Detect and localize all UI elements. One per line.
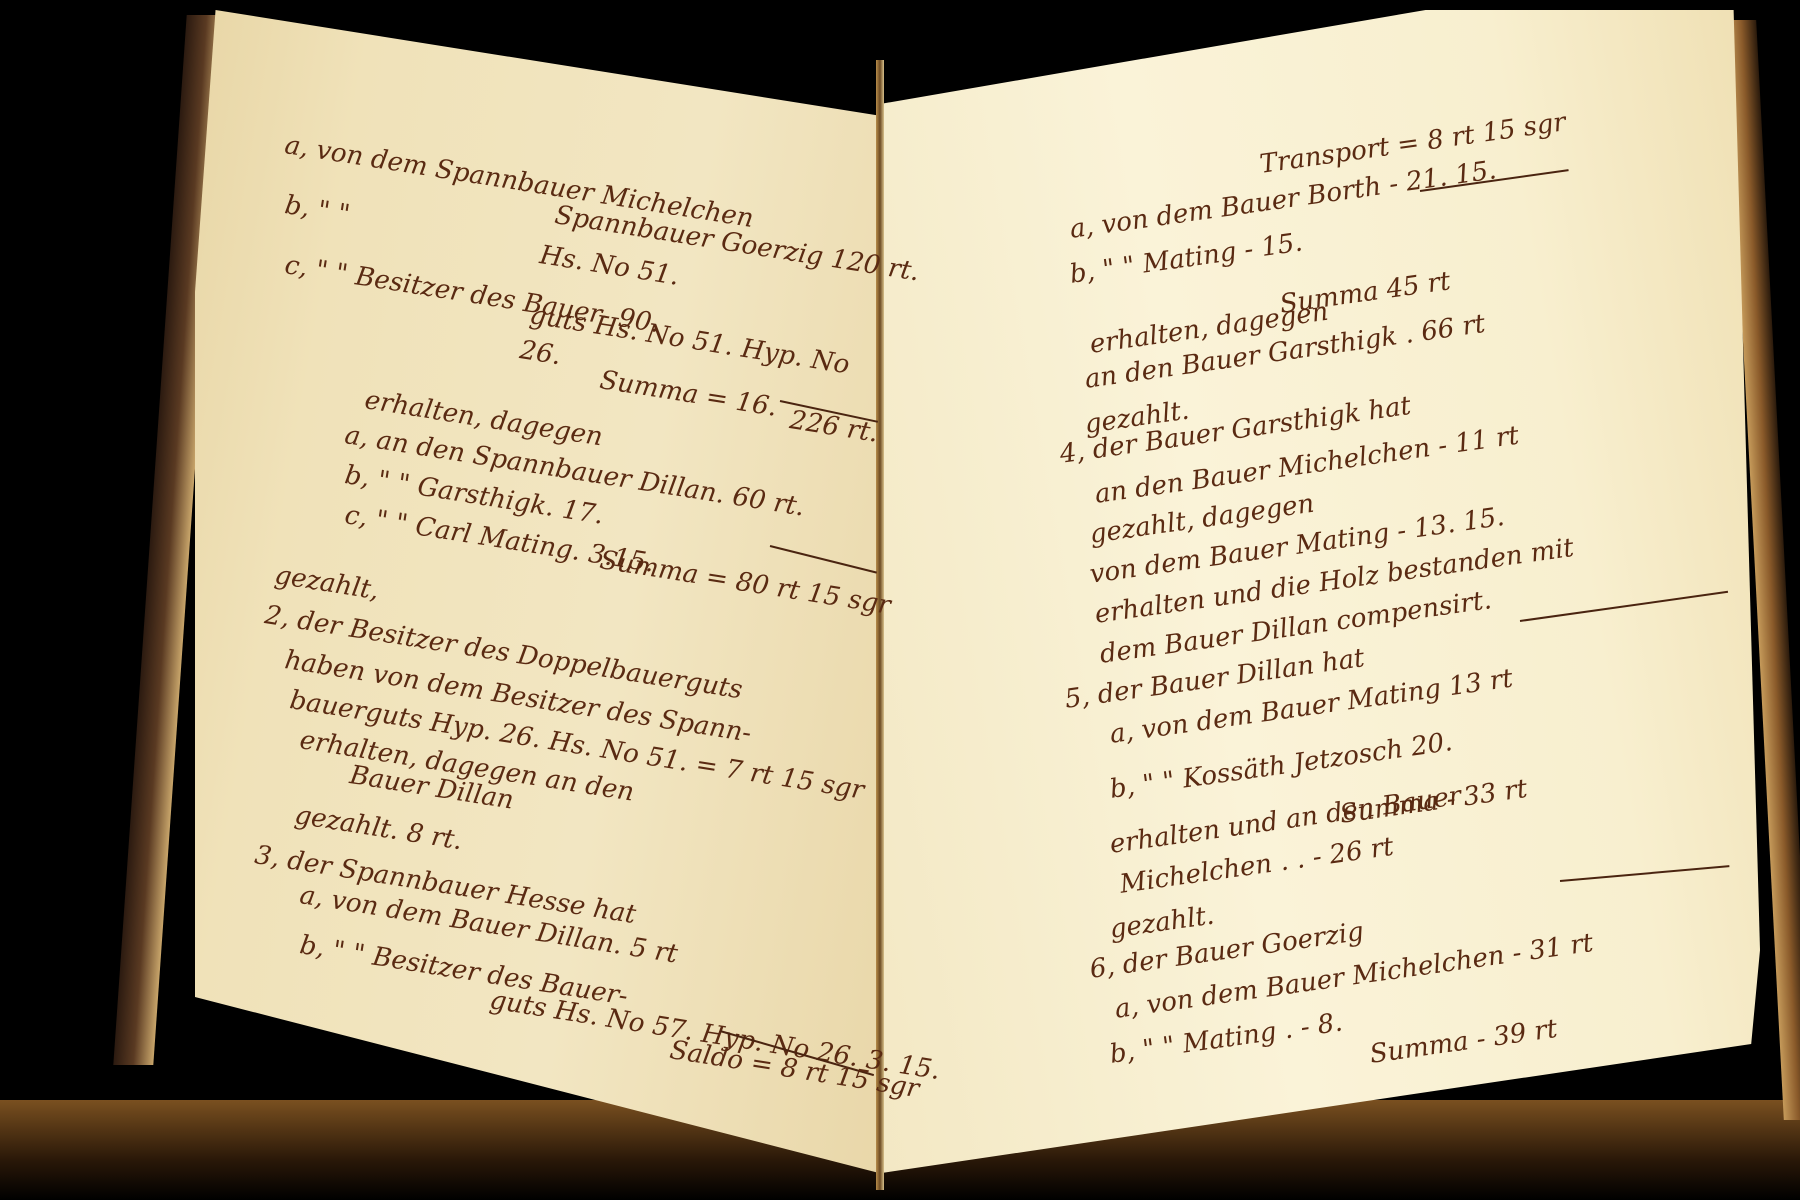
book-gutter	[876, 60, 884, 1190]
left-line: 26.	[518, 335, 564, 371]
open-ledger-book: a, von dem Spannbauer Michelchen b, " " …	[0, 0, 1800, 1200]
